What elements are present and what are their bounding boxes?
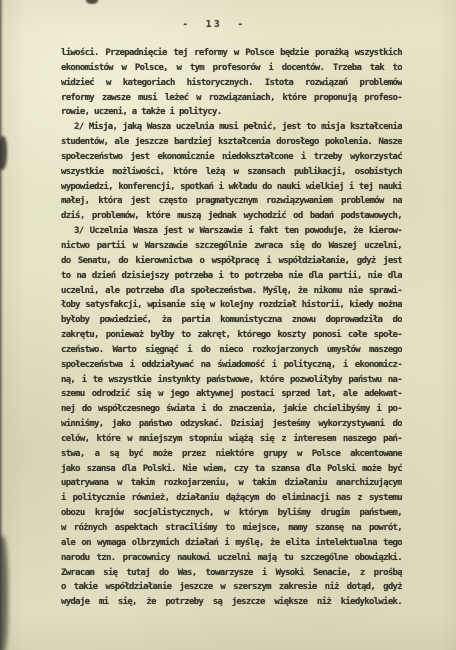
text-line: wszystkie możliwości, które leżą w szans… (61, 165, 402, 180)
text-line: to na dzień dzisiejszy potrzeba i to pot… (61, 269, 402, 284)
text-line: winniśmy, jako państwo odzyskać. Dzisiaj… (61, 417, 402, 432)
text-line: 2/ Misja, jaką Wasza uczelnia musi pełni… (61, 120, 402, 135)
text-line: wypowiedzi, konferencji, spotkań i wkład… (61, 180, 402, 195)
text-line: ale on wymaga olbrzymich działań i myślę… (61, 536, 402, 551)
scan-artifact-left (0, 136, 7, 170)
text-line: nictwo partii w Warszawie szczególnie zw… (61, 239, 402, 254)
text-line: stwa, a są być może przez niektóre grupy… (61, 447, 402, 462)
text-line: jako szansa dla Polski. Nie wiem, czy ta… (61, 462, 402, 477)
text-line: wydaje mi się, że potrzeby są jeszcze wi… (61, 595, 402, 610)
text-line: 3/ Uczelnia Wasza jest w Warszawie i fak… (61, 224, 402, 239)
scanned-document-page: - 13 - liwości. Przepadnięcie tej reform… (0, 0, 456, 650)
text-line: czeństwo. Warto sięgnąć i do nieco rozko… (61, 343, 402, 358)
text-line: w różnych aspektach straciliśmy to miejs… (61, 521, 402, 536)
text-line: reformy zawsze musi leżeć w rozwiązaniac… (61, 91, 402, 106)
text-line: o takie współdziałanie jeszcze w szerszy… (61, 580, 402, 595)
page-number: - 13 - (0, 19, 442, 30)
text-line: nej do współczesnego świata i do znaczen… (61, 402, 402, 417)
text-line: i politycznie również, działaniu dążącym… (61, 491, 402, 506)
text-line: widzieć w kategoriach historycznych. Ist… (61, 76, 402, 91)
text-line: uczelni, ale potrzeba dla społeczeństwa.… (61, 284, 402, 299)
text-line: ną, i te wszystkie instynkty państwowe, … (61, 373, 402, 388)
text-line: zakrętu, ponieważ byłby to zakręt, które… (61, 328, 402, 343)
text-line: społeczeństwa i oddziaływać na świadomoś… (61, 358, 402, 373)
text-line: celów, które w mniejszym stopniu wiążą s… (61, 432, 402, 447)
text-line: narodu tzn. pracownicy naukowi uczelni m… (61, 551, 402, 566)
document-body: liwości. Przepadnięcie tej reformy w Pol… (61, 46, 402, 626)
text-line: ekonomistów w Polsce, w tym profesorów i… (61, 61, 402, 76)
text-line: łoby satysfakcji, wpisanie się w kolejny… (61, 298, 402, 313)
scan-artifact-top (86, 0, 98, 4)
text-line: liwości. Przepadnięcie tej reformy w Pol… (61, 46, 402, 61)
text-line: rowie, uczeni, a także i politycy. (61, 105, 402, 120)
text-line: dziś, problemów, które muszą jednak wych… (61, 209, 402, 224)
text-line: byłoby powiedzieć, ża partia komunistycz… (61, 313, 402, 328)
text-line: szemu odrodzić się w jego aktywnej posta… (61, 387, 402, 402)
text-line: upatrywana w takim rozkojarzeniu, w taki… (61, 476, 402, 491)
text-line: małej, która jest często pragmatycznym r… (61, 194, 402, 209)
text-line: studentów, ale jeszcze bardziej kształce… (61, 135, 402, 150)
scan-artifact-bottom-left (0, 536, 8, 650)
text-line: obozu krajów socjalistycznych, w którym … (61, 506, 402, 521)
text-line: Zwracam się tutaj do Was, towarzysze i W… (61, 566, 402, 581)
text-line: do Senatu, do kierownictwa o współpracę … (61, 254, 402, 269)
text-line: społeczeństwo jest ekonomicznie niedoksz… (61, 150, 402, 165)
